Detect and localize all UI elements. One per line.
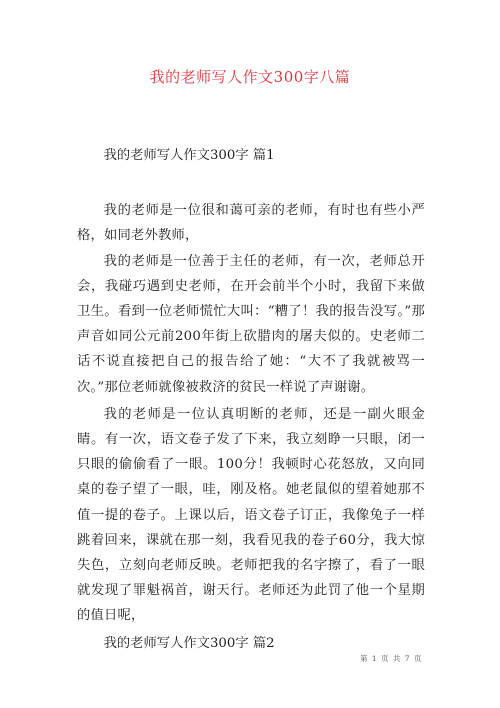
page-footer: 第 1 页 共 7 页 (360, 653, 422, 664)
document-title: 我的老师写人作文300字八篇 (0, 66, 500, 87)
paragraph-3: 我的老师是一位认真明断的老师，还是一副火眼金睛。有一次，语文卷子发了下来，我立刻… (77, 402, 425, 629)
section-heading-1: 我的老师写人作文300字 篇1 (77, 143, 425, 168)
document-body: 我的老师写人作文300字 篇1 我的老师是一位很和蔼可亲的老师，有时也有些小严格… (77, 143, 425, 656)
paragraph-2: 我的老师是一位善于主任的老师，有一次，老师总开会，我碰巧遇到史老师，在开会前半个… (77, 249, 425, 400)
paragraph-1: 我的老师是一位很和蔼可亲的老师，有时也有些小严格，如同老外教师， (77, 198, 425, 248)
